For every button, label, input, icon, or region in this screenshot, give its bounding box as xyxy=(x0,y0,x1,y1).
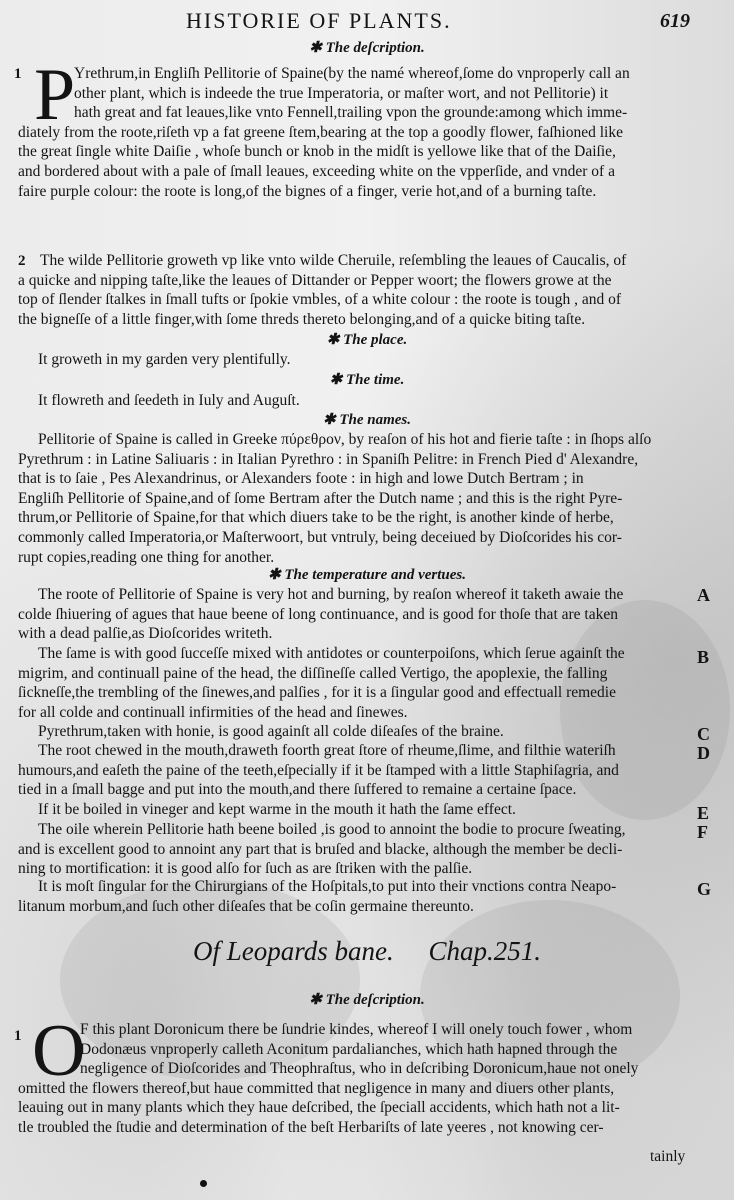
text-line: faire purple colour: the roote is long,o… xyxy=(18,182,686,202)
text-line: Pyrethrum : in Latine Saliuaris : in Ita… xyxy=(18,450,686,470)
vertue-paragraph-b: The ſame is with good ſucceſſe mixed wit… xyxy=(18,644,686,722)
section-heading-time: ✱ The time. xyxy=(0,370,734,389)
text-line: colde ſhiuering of agues that haue beene… xyxy=(18,605,686,625)
text-line: The root chewed in the mouth,draweth foo… xyxy=(18,741,686,761)
text-line: The wilde Pellitorie groweth vp like vnt… xyxy=(18,251,686,271)
description-paragraph-2: The wilde Pellitorie groweth vp like vnt… xyxy=(18,251,686,329)
place-paragraph: It groweth in my garden very plentifully… xyxy=(18,350,686,370)
text-line: ſickneſſe,the trembling of the ſinewes,a… xyxy=(18,683,686,703)
text-line: the great ſingle white Daiſie , whoſe bu… xyxy=(18,142,686,162)
vertue-paragraph-c: Pyrethrum,taken with honie, is good agai… xyxy=(18,722,686,742)
running-header: HISTORIE OF PLANTS. 619 xyxy=(0,8,734,38)
text-line: top of ſlender ſtalkes in ſmall tufts or… xyxy=(18,290,686,310)
chapter-heading: Of Leopards bane. Chap.251. xyxy=(0,936,734,967)
text-line: omitted the flowers thereof,but haue com… xyxy=(18,1079,686,1099)
vertue-paragraph-d: The root chewed in the mouth,draweth foo… xyxy=(18,741,686,800)
text-line: It flowreth and ſeedeth in Iuly and Augu… xyxy=(18,391,686,411)
section-heading-temperature: ✱ The temperature and vertues. xyxy=(0,565,734,584)
margin-marker-f: F xyxy=(697,822,708,843)
ink-blot xyxy=(200,1180,207,1187)
description-paragraph-1: Yrethrum,in Engliſh Pellitorie of Spaine… xyxy=(18,64,686,201)
text-line: diately from the roote,riſeth vp a fat g… xyxy=(18,123,686,143)
margin-marker-b: B xyxy=(697,647,709,668)
text-line: The ſame is with good ſucceſſe mixed wit… xyxy=(18,644,686,664)
vertue-paragraph-g: It is moſt ſingular for the Chirurgians … xyxy=(18,877,686,916)
margin-marker-c: C xyxy=(697,724,710,745)
catchword: tainly xyxy=(650,1148,685,1166)
text-line: tle troubled the ſtudie and determinatio… xyxy=(18,1118,686,1138)
text-line: Pyrethrum,taken with honie, is good agai… xyxy=(18,722,686,742)
text-line: other plant, which is indeede the true I… xyxy=(18,84,686,104)
text-line: that is to ſaie , Pes Alexandrinus, or A… xyxy=(18,469,686,489)
page-number: 619 xyxy=(660,10,690,33)
text-line: for all colde and continuall infirmities… xyxy=(18,703,686,723)
text-line: It is moſt ſingular for the Chirurgians … xyxy=(18,877,686,897)
vertue-paragraph-e: If it be boiled in vineger and kept warm… xyxy=(18,800,686,820)
text-line: litanum morbum,and ſuch other diſeaſes t… xyxy=(18,897,686,917)
text-line: with a dead palſie,as Dioſcorides writet… xyxy=(18,624,686,644)
chapter-number: Chap.251. xyxy=(428,936,541,966)
text-line: The roote of Pellitorie of Spaine is ver… xyxy=(18,585,686,605)
text-line: ning to mortification: it is good alſo f… xyxy=(18,859,686,879)
text-line: hath great and fat leaues,like vnto Fenn… xyxy=(18,103,686,123)
section-heading-names: ✱ The names. xyxy=(0,410,734,429)
text-line: If it be boiled in vineger and kept warm… xyxy=(18,800,686,820)
margin-marker-d: D xyxy=(697,743,710,764)
text-line: a quicke and nipping taſte,like the leau… xyxy=(18,271,686,291)
margin-marker-g: G xyxy=(697,879,711,900)
text-line: humours,and eaſeth the paine of the teet… xyxy=(18,761,686,781)
vertue-paragraph-f: The oile wherein Pellitorie hath beene b… xyxy=(18,820,686,879)
text-line: Engliſh Pellitorie of Spaine,and of ſome… xyxy=(18,489,686,509)
running-title: HISTORIE OF PLANTS. xyxy=(186,8,452,34)
book-page: HISTORIE OF PLANTS. 619 ✱ The deſcriptio… xyxy=(0,0,734,1200)
text-line: and bordered about with a pale of ſmall … xyxy=(18,162,686,182)
margin-marker-a: A xyxy=(697,585,710,606)
names-paragraph: Pellitorie of Spaine is called in Greeke… xyxy=(18,430,686,567)
section-heading-description-2: ✱ The deſcription. xyxy=(0,990,734,1009)
vertue-paragraph-a: The roote of Pellitorie of Spaine is ver… xyxy=(18,585,686,644)
text-line: commonly called Imperatoria,or Maſterwoo… xyxy=(18,528,686,548)
text-line: It groweth in my garden very plentifully… xyxy=(18,350,686,370)
text-line: Yrethrum,in Engliſh Pellitorie of Spaine… xyxy=(18,64,686,84)
margin-marker-e: E xyxy=(697,803,709,824)
text-line: tied in a ſmall bagge and put into the m… xyxy=(18,780,686,800)
text-line: the bigneſſe of a little finger,with ſom… xyxy=(18,310,686,330)
time-paragraph: It flowreth and ſeedeth in Iuly and Augu… xyxy=(18,391,686,411)
text-line: Pellitorie of Spaine is called in Greeke… xyxy=(18,430,686,450)
text-line: thrum,or Pellitorie of Spaine,for that w… xyxy=(18,508,686,528)
text-line: negligence of Dioſcorides and Theophraſt… xyxy=(18,1059,686,1079)
description-paragraph-leopards-bane: F this plant Doronicum there be ſundrie … xyxy=(18,1020,686,1138)
section-heading-description: ✱ The deſcription. xyxy=(0,38,734,57)
text-line: leauing out in many plants which they ha… xyxy=(18,1098,686,1118)
text-line: and is excellent good to annoint any par… xyxy=(18,840,686,860)
chapter-title: Of Leopards bane. xyxy=(193,936,394,966)
section-heading-place: ✱ The place. xyxy=(0,330,734,349)
text-line: migrim, and continuall paine of the head… xyxy=(18,664,686,684)
text-line: Dodonæus vnproperly calleth Aconitum par… xyxy=(18,1040,686,1060)
text-line: The oile wherein Pellitorie hath beene b… xyxy=(18,820,686,840)
text-line: F this plant Doronicum there be ſundrie … xyxy=(18,1020,686,1040)
